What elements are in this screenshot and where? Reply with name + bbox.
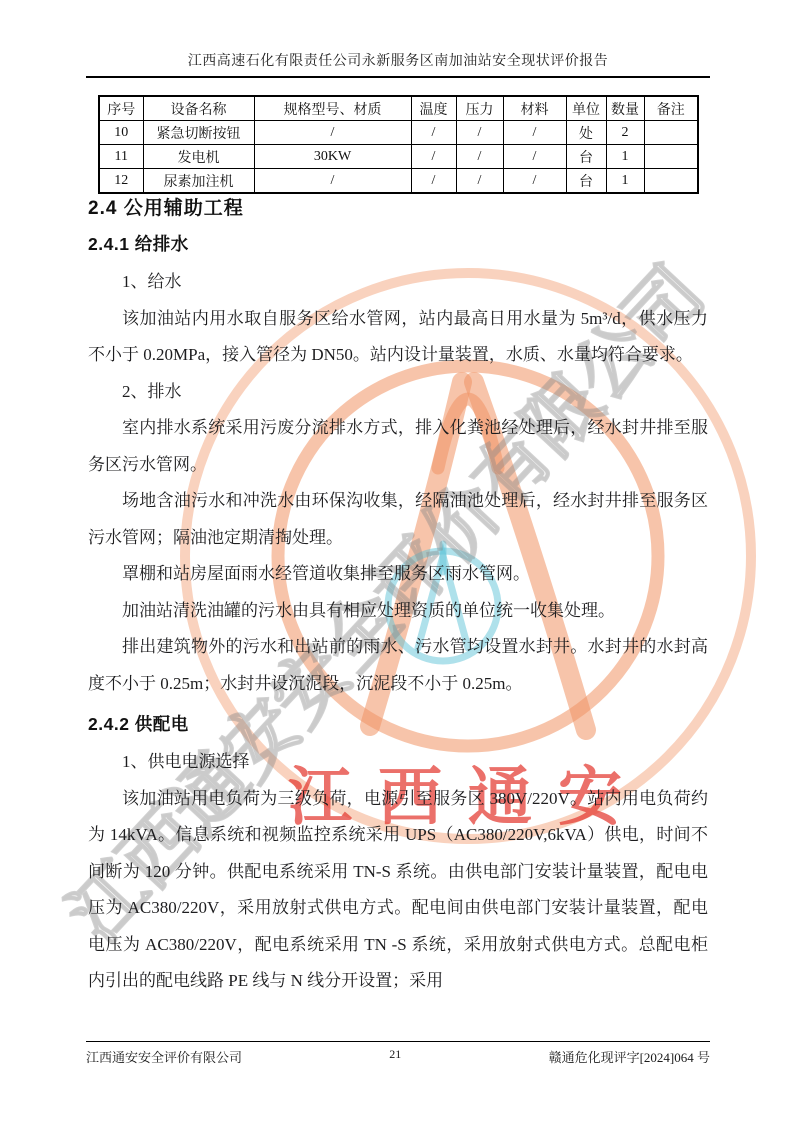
table-cell: / [503, 145, 566, 169]
table-header-cell: 压力 [456, 96, 503, 121]
table-cell: / [456, 145, 503, 169]
equipment-table: 序号设备名称规格型号、材质温度压力材料单位数量备注 10紧急切断按钮////处2… [98, 95, 699, 194]
table-header-cell: 温度 [411, 96, 456, 121]
footer-page-number: 21 [389, 1047, 401, 1062]
page-footer: 江西通安安全评价有限公司 21 赣通危化现评字[2024]064 号 [86, 1041, 710, 1066]
table-cell: 台 [566, 145, 606, 169]
paragraph: 加油站清洗油罐的污水由具有相应处理资质的单位统一收集处理。 [88, 593, 708, 630]
table-cell: 紧急切断按钮 [143, 121, 254, 145]
paragraph: 该加油站内用水取自服务区给水管网，站内最高日用水量为 5m³/d，供水压力不小于… [88, 301, 708, 374]
paragraph: 罩棚和站房屋面雨水经管道收集排至服务区雨水管网。 [88, 556, 708, 593]
section-heading-2-4-2: 2.4.2 供配电 [88, 712, 708, 736]
table-header-cell: 单位 [566, 96, 606, 121]
paragraph: 室内排水系统采用污废分流排水方式，排入化粪池经处理后，经水封井排至服务区污水管网… [88, 410, 708, 483]
footer-company: 江西通安安全评价有限公司 [86, 1047, 242, 1066]
section-heading-2-4: 2.4 公用辅助工程 [88, 196, 708, 222]
table-header-cell: 材料 [503, 96, 566, 121]
equipment-table-body: 10紧急切断按钮////处211发电机30KW///台112尿素加注机////台… [99, 121, 698, 194]
header-rule [86, 76, 710, 78]
table-cell: / [411, 121, 456, 145]
list-item-power-source: 1、供电电源选择 [88, 744, 708, 781]
table-header-cell: 序号 [99, 96, 143, 121]
paragraph: 该加油站用电负荷为三级负荷，电源引至服务区 380V/220V。站内用电负荷约为… [88, 781, 708, 1000]
footer-doc-number: 赣通危化现评字[2024]064 号 [549, 1047, 710, 1066]
table-cell [644, 145, 698, 169]
table-cell [644, 121, 698, 145]
document-page: { "header": { "title": "江西高速石化有限责任公司永新服务… [0, 0, 794, 1123]
table-header-cell: 规格型号、材质 [254, 96, 411, 121]
table-cell: 处 [566, 121, 606, 145]
table-cell: / [456, 121, 503, 145]
paragraph: 排出建筑物外的污水和出站前的雨水、污水管均设置水封井。水封井的水封高度不小于 0… [88, 629, 708, 702]
list-item-drainage: 2、排水 [88, 374, 708, 411]
report-header-title: 江西高速石化有限责任公司永新服务区南加油站安全现状评价报告 [88, 50, 708, 70]
table-row: 11发电机30KW///台1 [99, 145, 698, 169]
body-text: 2.4 公用辅助工程 2.4.1 给排水 1、给水 该加油站内用水取自服务区给水… [88, 190, 708, 1000]
table-header-row: 序号设备名称规格型号、材质温度压力材料单位数量备注 [99, 96, 698, 121]
table-header-cell: 数量 [606, 96, 644, 121]
equipment-table-head: 序号设备名称规格型号、材质温度压力材料单位数量备注 [99, 96, 698, 121]
table-cell: 发电机 [143, 145, 254, 169]
table-header-cell: 备注 [644, 96, 698, 121]
table-cell: / [411, 145, 456, 169]
table-cell: / [503, 121, 566, 145]
table-cell: 1 [606, 145, 644, 169]
table-row: 10紧急切断按钮////处2 [99, 121, 698, 145]
table-header-cell: 设备名称 [143, 96, 254, 121]
table-cell: 10 [99, 121, 143, 145]
table-cell: 30KW [254, 145, 411, 169]
list-item-water-supply: 1、给水 [88, 264, 708, 301]
table-cell: / [254, 121, 411, 145]
table-cell: 11 [99, 145, 143, 169]
paragraph: 场地含油污水和冲洗水由环保沟收集，经隔油池处理后，经水封井排至服务区污水管网；隔… [88, 483, 708, 556]
section-heading-2-4-1: 2.4.1 给排水 [88, 232, 708, 256]
table-cell: 2 [606, 121, 644, 145]
